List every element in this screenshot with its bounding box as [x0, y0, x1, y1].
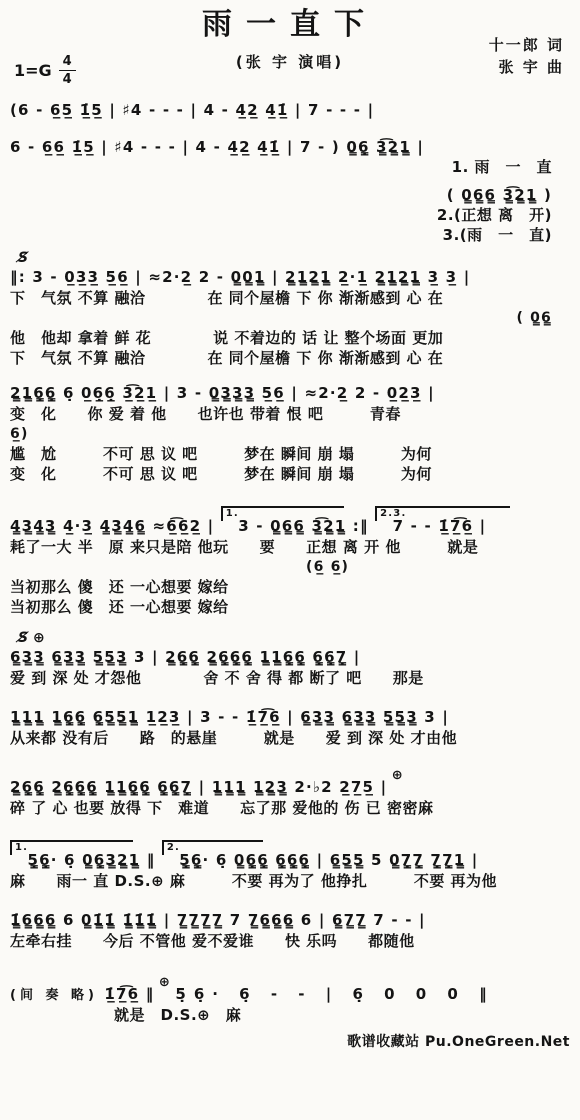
music-line-2: 6 - 6̲6̲ 1̲̇5̲ | ♯4 - - - | 4 - 4̲2̲ 4̲1… — [10, 136, 570, 159]
composer-credit: 张 宇 曲 — [489, 57, 564, 79]
lyrics-verse2-intro: 2.(正想 离 开) — [10, 206, 552, 226]
lyrics-verse3-intro: 3.(雨 一 直) — [10, 226, 552, 246]
music-line-11: (间 奏 略) 1̲̇7̲͡6̲ ‖ ⊕ 5̣6̣· 6̣ - - | 6̣ 0… — [10, 973, 570, 1006]
header-row: 1=G 4 4 (张 宇 演唱) 十一郎 词 张 宇 曲 — [10, 41, 570, 93]
music-line-5-seg3: 7 - - 1̲̇7̲͡6̲ | — [393, 517, 487, 535]
pickup-notes-06: ( 0̳6̳ — [10, 308, 570, 329]
lyrics-line-v1b: 变 化 你 爱 着 他 也许也 带着 恨 吧 青春 — [10, 405, 570, 425]
pickup-note-6: 6̲) — [10, 424, 570, 445]
music-line-5-seg1: 4̳3̳4̳3̳ 4̲·3̲ 4̳3̳4̳6̳ ≈6̲͡6̲2̲ | — [10, 517, 214, 535]
segno-icon: S̸ — [18, 251, 570, 266]
music-line-3: ‖: 3 - 0̲3̲3̲ 5̲6̲ | ≈2·2̲ 2 - 0̳0̳1̳ | … — [10, 266, 570, 289]
lyrics-line-v2b: 尴 尬 不可 思 议 吧 梦在 瞬间 崩 塌 为何 — [10, 445, 570, 465]
lyrics-chorus-2: 从来都 没有后 路 的悬崖 就是 爱 到 深 处 才由他 — [10, 729, 570, 749]
performer-subtitle: (张 宇 演唱) — [10, 51, 570, 72]
coda-icon-2: ⊕ — [159, 975, 171, 990]
pickup-notes-66: (6̲ 6̲) — [306, 557, 570, 578]
song-title: 雨一直下 — [10, 8, 570, 41]
lyrics-verse1-intro: 1. 雨 一 直 — [10, 158, 570, 178]
credits: 十一郎 词 张 宇 曲 — [489, 35, 564, 79]
music-line-5-seg2: 3 - 0̳6̳6̳ 3̳͡2̳1̳ :‖ — [238, 517, 368, 535]
lyrics-ending: 就是 D.S.⊕ 麻 — [114, 1006, 570, 1026]
music-line-6: 6̳3̳3̳ 6̳3̳3̳ 5̳5̳3̳ 3 | 2̳6̳̣6̳̣ 2̳6̳̣6… — [10, 646, 570, 669]
lyricist-credit: 十一郎 词 — [489, 35, 564, 57]
watermark: 歌谱收藏站 Pu.OneGreen.Net — [10, 1031, 570, 1051]
music-line-9-seg1: 5̳̣6̳̣· 6̣ 0̳6̳̣3̳2̳1̳ ‖ — [27, 851, 155, 869]
lyrics-line-v2: 他 他却 拿着 鲜 花 说 不着边的 话 让 整个场面 更加 — [10, 329, 570, 349]
interlude-note: (间 奏 略) — [10, 988, 98, 1003]
music-line-8: 2̳6̳̣6̳̣ 2̳6̳̣6̳̣6̳̣ 1̳1̳6̳̣6̳̣ 6̳̣6̳̣7̳… — [10, 766, 570, 799]
time-denominator: 4 — [63, 71, 72, 86]
lyrics-chorus-3: 碎 了 心 也要 放得 下 难道 忘了那 爱他的 伤 已 密密麻 — [10, 799, 570, 819]
pickup-notes: ( 0̳6̳6̳ 3̳͡2̳1̳ ) — [10, 184, 552, 207]
lyrics-line-v1: 下 气氛 不算 融洽 在 同个屋檐 下 你 渐渐感到 心 在 — [10, 289, 570, 309]
lyrics-line-v3c: 当初那么 傻 还 一心想要 嫁给 — [10, 598, 570, 618]
music-line-11-seg1: 1̲̇7̲͡6̲ ‖ — [104, 985, 154, 1003]
music-line-8-notes: 2̳6̳̣6̳̣ 2̳6̳̣6̳̣6̳̣ 1̳1̳6̳̣6̳̣ 6̳̣6̳̣7̳… — [10, 778, 387, 796]
music-line-9-seg2: 5̳̣6̳̣· 6̣ 0̳6̳̣6̳̣ 6̳̣6̳̣6̳̣ | 6̳5̳5̳ 5… — [179, 851, 478, 869]
lyrics-line-v1c: 耗了一大 半 原 来只是陪 他玩 要 正想 离 开 他 就是 — [10, 538, 570, 558]
music-line-1: (6 - 6̲5̲ 1̲̇5̲ | ♯4 - - - | 4 - 4̲2̲ 4̲… — [10, 99, 570, 122]
music-line-11-seg2: 5̣6̣· 6̣ - - | 6̣ 0 0 0 ‖ — [175, 985, 494, 1003]
music-line-9: 1. 5̳̣6̳̣· 6̣ 0̳6̳̣3̳2̳1̳ ‖ 2. 5̳̣6̳̣· 6… — [10, 840, 570, 872]
watermark-link[interactable]: 歌谱收藏站 Pu.OneGreen.Net — [347, 1034, 570, 1050]
lyrics-chorus-5: 左牵右挂 今后 不管他 爱不爱谁 快 乐吗 都随他 — [10, 932, 570, 952]
lyrics-line-v3b: 变 化 不可 思 议 吧 梦在 瞬间 崩 塌 为何 — [10, 465, 570, 485]
lyrics-line-v3: 下 气氛 不算 融洽 在 同个屋檐 下 你 渐渐感到 心 在 — [10, 349, 570, 369]
music-line-5: 4̳3̳4̳3̳ 4̲·3̲ 4̳3̳4̳6̳ ≈6̲͡6̲2̲ | 1. 3 … — [10, 506, 570, 538]
music-line-10: 1̳̇6̳6̳6̳ 6 0̳1̳̇1̳̇ 1̳̇1̳̇1̳̇ | 7̳7̳7̳7… — [10, 909, 570, 932]
pickup-insert-block: ( 0̳6̳6̳ 3̳͡2̳1̳ ) 2.(正想 离 开) 3.(雨 一 直) — [10, 184, 570, 246]
music-line-4: 2̳1̳6̳̣6̳̣ 6̣ 0̲6̲̣6̲̣ 3̲͡2̲1̲ | 3 - 0̳3… — [10, 382, 570, 405]
segno-coda-icon: S̸ ⊕ — [18, 631, 570, 646]
music-line-7: 1̳1̳1̳ 1̳6̳̣6̳̣ 6̳̣5̳5̳1̳ 1̲2̲3̲ | 3 - -… — [10, 706, 570, 729]
lyrics-chorus-1: 爱 到 深 处 才怨他 舍 不 舍 得 都 断了 吧 那是 — [10, 669, 570, 689]
coda-icon: ⊕ — [392, 768, 404, 783]
lyrics-chorus-4: 麻 雨一 直 D.S.⊕ 麻 不要 再为了 他挣扎 不要 再为他 — [10, 872, 570, 892]
lyrics-line-v2c: 当初那么 傻 还 一心想要 嫁给 — [10, 578, 570, 598]
